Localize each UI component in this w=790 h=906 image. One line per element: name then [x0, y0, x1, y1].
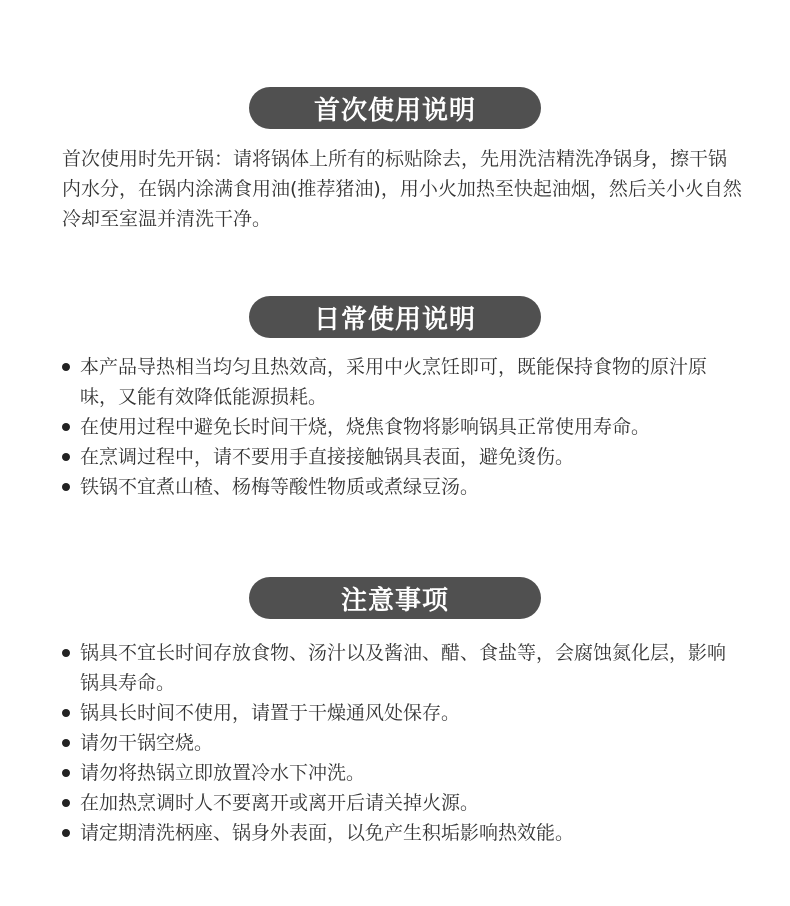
- list-item: 在加热烹调时人不要离开或离开后请关掉火源。: [62, 788, 742, 818]
- list-item-text: 请勿干锅空烧。: [80, 732, 213, 754]
- list-item-text: 铁锅不宜煮山楂、杨梅等酸性物质或煮绿豆汤。: [80, 476, 479, 498]
- bullet-icon: [62, 453, 70, 461]
- list-item-text: 在烹调过程中，请不要用手直接接触锅具表面，避免烫伤。: [80, 446, 574, 468]
- list-item-text: 锅具长时间不使用，请置于干燥通风处保存。: [80, 702, 460, 724]
- list-item: 在使用过程中避免长时间干烧，烧焦食物将影响锅具正常使用寿命。: [62, 412, 742, 442]
- bullet-icon: [62, 649, 70, 657]
- bullet-icon: [62, 709, 70, 717]
- list-item: 在烹调过程中，请不要用手直接接触锅具表面，避免烫伤。: [62, 442, 742, 472]
- precautions-list: 锅具不宜长时间存放食物、汤汁以及酱油、醋、食盐等，会腐蚀氮化层，影响锅具寿命。 …: [62, 638, 742, 848]
- section-title-pill: 注意事项: [249, 577, 541, 619]
- list-item: 请勿将热锅立即放置冷水下冲洗。: [62, 758, 742, 788]
- bullet-icon: [62, 829, 70, 837]
- bullet-icon: [62, 769, 70, 777]
- bullet-icon: [62, 363, 70, 371]
- bullet-icon: [62, 423, 70, 431]
- list-item: 锅具不宜长时间存放食物、汤汁以及酱油、醋、食盐等，会腐蚀氮化层，影响锅具寿命。: [62, 638, 742, 698]
- list-item: 铁锅不宜煮山楂、杨梅等酸性物质或煮绿豆汤。: [62, 472, 742, 502]
- list-item-text: 在使用过程中避免长时间干烧，烧焦食物将影响锅具正常使用寿命。: [80, 416, 650, 438]
- list-item-text: 本产品导热相当均匀且热效高，采用中火烹饪即可，既能保持食物的原汁原味，又能有效降…: [80, 356, 707, 408]
- list-item: 本产品导热相当均匀且热效高，采用中火烹饪即可，既能保持食物的原汁原味，又能有效降…: [62, 352, 742, 412]
- list-item: 锅具长时间不使用，请置于干燥通风处保存。: [62, 698, 742, 728]
- section-title-pill: 日常使用说明: [249, 296, 541, 338]
- list-item-text: 请定期清洗柄座、锅身外表面，以免产生积垢影响热效能。: [80, 822, 574, 844]
- list-item: 请定期清洗柄座、锅身外表面，以免产生积垢影响热效能。: [62, 818, 742, 848]
- daily-use-list: 本产品导热相当均匀且热效高，采用中火烹饪即可，既能保持食物的原汁原味，又能有效降…: [62, 352, 742, 502]
- bullet-icon: [62, 799, 70, 807]
- bullet-icon: [62, 483, 70, 491]
- list-item-text: 锅具不宜长时间存放食物、汤汁以及酱油、醋、食盐等，会腐蚀氮化层，影响锅具寿命。: [80, 642, 726, 694]
- bullet-icon: [62, 739, 70, 747]
- list-item-text: 请勿将热锅立即放置冷水下冲洗。: [80, 762, 365, 784]
- list-item-text: 在加热烹调时人不要离开或离开后请关掉火源。: [80, 792, 479, 814]
- list-item: 请勿干锅空烧。: [62, 728, 742, 758]
- first-use-paragraph: 首次使用时先开锅：请将锅体上所有的标贴除去，先用洗洁精洗净锅身，擦干锅内水分，在…: [62, 144, 742, 234]
- section-title-pill: 首次使用说明: [249, 87, 541, 129]
